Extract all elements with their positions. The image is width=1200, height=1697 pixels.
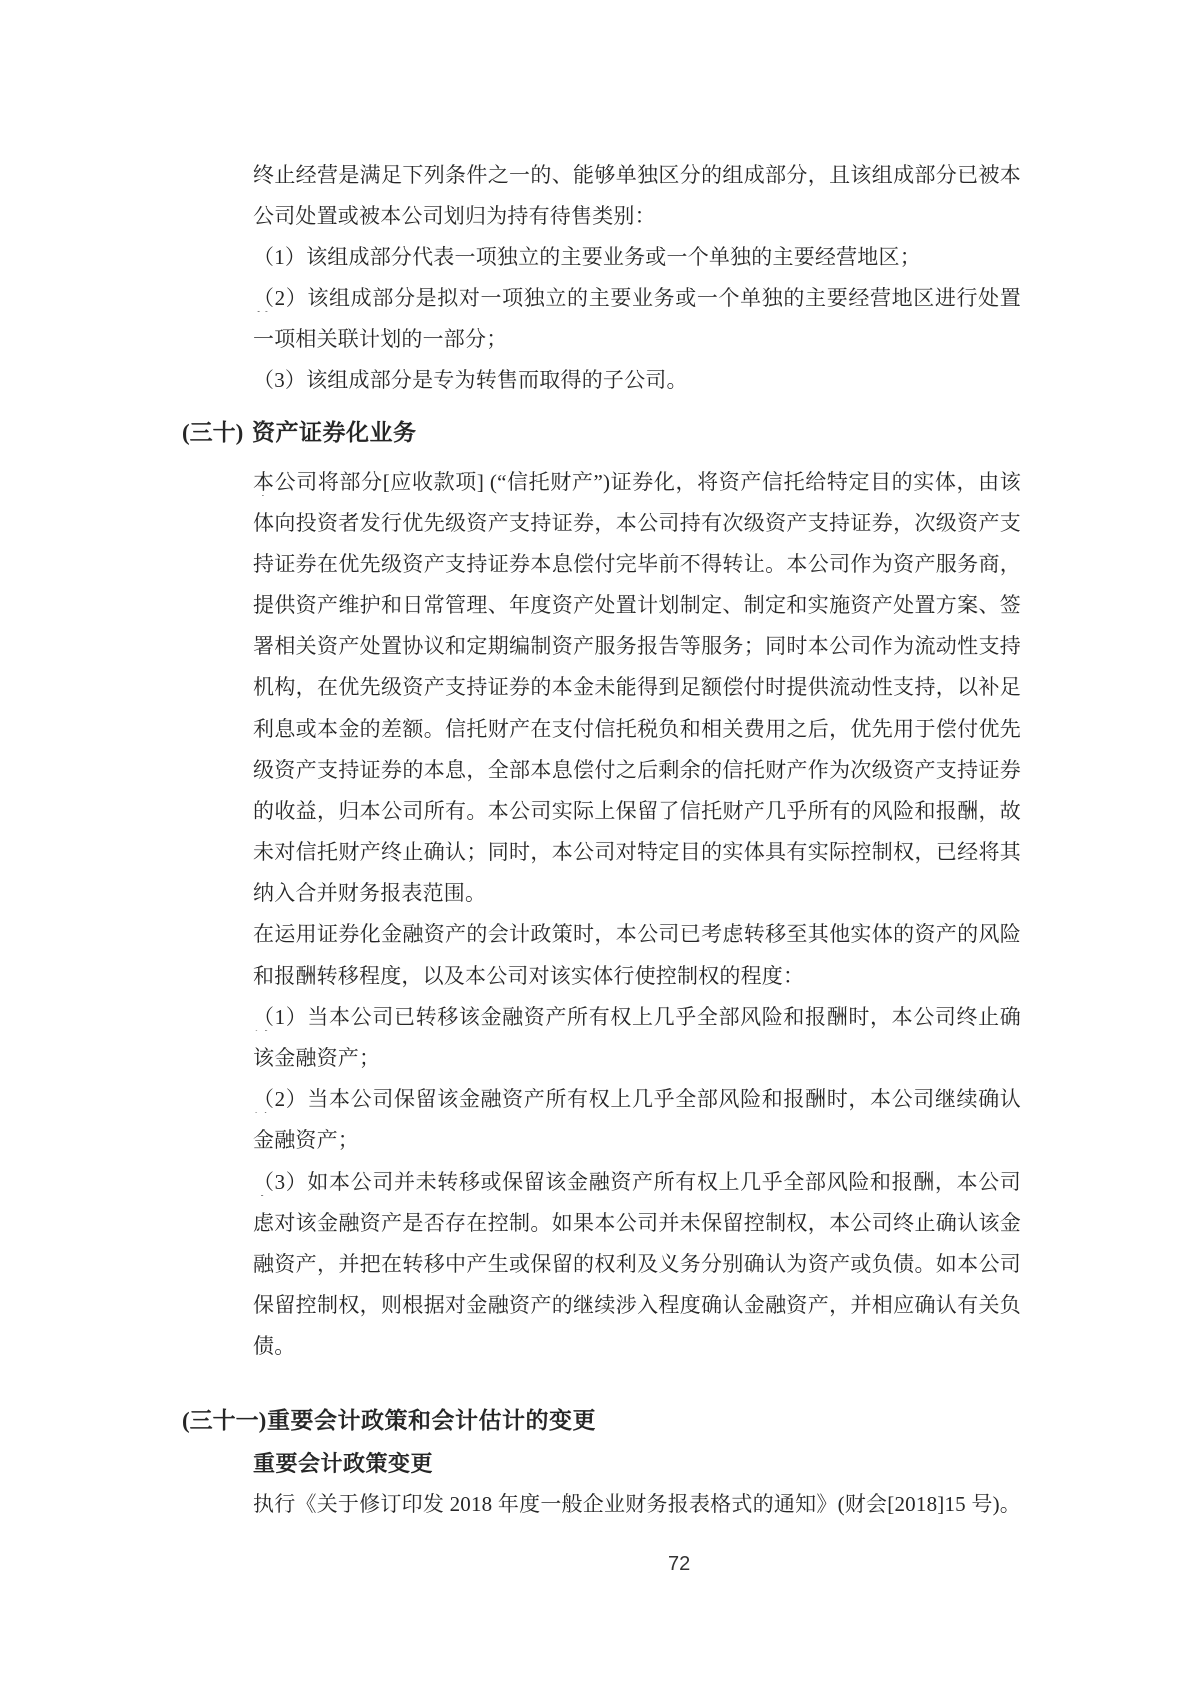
body-line: （3）如本公司并未转移或保留该金融资产所有权上几乎全部风险和报酬，本公司考 xyxy=(253,1170,1021,1196)
subsection-heading: 重要会计政策变更 xyxy=(253,1452,433,1476)
body-line: （2）当本公司保留该金融资产所有权上几乎全部风险和报酬时，本公司继续确认该 xyxy=(253,1087,1021,1113)
body-line: 执行《关于修订印发 2018 年度一般企业财务报表格式的通知》(财会[2018]… xyxy=(253,1492,1021,1518)
body-line: 终止经营是满足下列条件之一的、能够单独区分的组成部分，且该组成部分已被本 xyxy=(253,163,1021,189)
section-30-number: (三十) xyxy=(182,420,243,445)
body-line: 机构，在优先级资产支持证券的本金未能得到足额偿付时提供流动性支持，以补足 xyxy=(253,675,1021,701)
body-line: 利息或本金的差额。信托财产在支付信托税负和相关费用之后，优先用于偿付优先 xyxy=(253,717,1021,743)
body-line: 融资产，并把在转移中产生或保留的权利及义务分别确认为资产或负债。如本公司 xyxy=(253,1252,1021,1278)
body-line: 债。 xyxy=(253,1334,1021,1358)
body-line: 级资产支持证券的本息，全部本息偿付之后剩余的信托财产作为次级资产支持证券 xyxy=(253,758,1021,784)
body-line: 纳入合并财务报表范围。 xyxy=(253,881,1021,905)
body-line: （1）该组成部分代表一项独立的主要业务或一个单独的主要经营地区； xyxy=(253,245,1021,269)
body-line: 提供资产维护和日常管理、年度资产处置计划制定、制定和实施资产处置方案、签 xyxy=(253,593,1021,619)
body-line: 金融资产； xyxy=(253,1128,1021,1152)
body-line: 和报酬转移程度，以及本公司对该实体行使控制权的程度： xyxy=(253,964,1021,988)
body-line: （1）当本公司已转移该金融资产所有权上几乎全部风险和报酬时，本公司终止确认 xyxy=(253,1005,1021,1031)
body-line: 虑对该金融资产是否存在控制。如果本公司并未保留控制权，本公司终止确认该金 xyxy=(253,1211,1021,1237)
body-line: 的收益，归本公司所有。本公司实际上保留了信托财产几乎所有的风险和报酬，故 xyxy=(253,799,1021,825)
body-line: 在运用证券化金融资产的会计政策时，本公司已考虑转移至其他实体的资产的风险 xyxy=(253,922,1021,948)
body-line: 一项相关联计划的一部分； xyxy=(253,327,1021,351)
document-page: 终止经营是满足下列条件之一的、能够单独区分的组成部分，且该组成部分已被本 公司处… xyxy=(0,0,1200,1697)
body-line: 体向投资者发行优先级资产支持证券，本公司持有次级资产支持证券，次级资产支 xyxy=(253,511,1021,537)
body-line: 本公司将部分[应收款项] (“信托财产”)证券化，将资产信托给特定目的实体，由该… xyxy=(253,470,1021,496)
section-31-title: 重要会计政策和会计估计的变更 xyxy=(267,1408,596,1433)
page-number: 72 xyxy=(668,1553,690,1576)
body-line: 该金融资产； xyxy=(253,1046,1021,1070)
body-line: （3）该组成部分是专为转售而取得的子公司。 xyxy=(253,368,1021,392)
section-30-title: 资产证券化业务 xyxy=(252,420,417,445)
body-line: （2）该组成部分是拟对一项独立的主要业务或一个单独的主要经营地区进行处置的 xyxy=(253,286,1021,312)
body-line: 公司处置或被本公司划归为持有待售类别： xyxy=(253,204,1021,228)
body-line: 持证券在优先级资产支持证券本息偿付完毕前不得转让。本公司作为资产服务商， xyxy=(253,552,1021,578)
body-line: 未对信托财产终止确认；同时，本公司对特定目的实体具有实际控制权，已经将其 xyxy=(253,840,1021,866)
body-line: 保留控制权，则根据对金融资产的继续涉入程度确认金融资产，并相应确认有关负 xyxy=(253,1293,1021,1319)
body-line: 署相关资产处置协议和定期编制资产服务报告等服务；同时本公司作为流动性支持 xyxy=(253,634,1021,660)
section-31-number: (三十一) xyxy=(182,1408,266,1433)
